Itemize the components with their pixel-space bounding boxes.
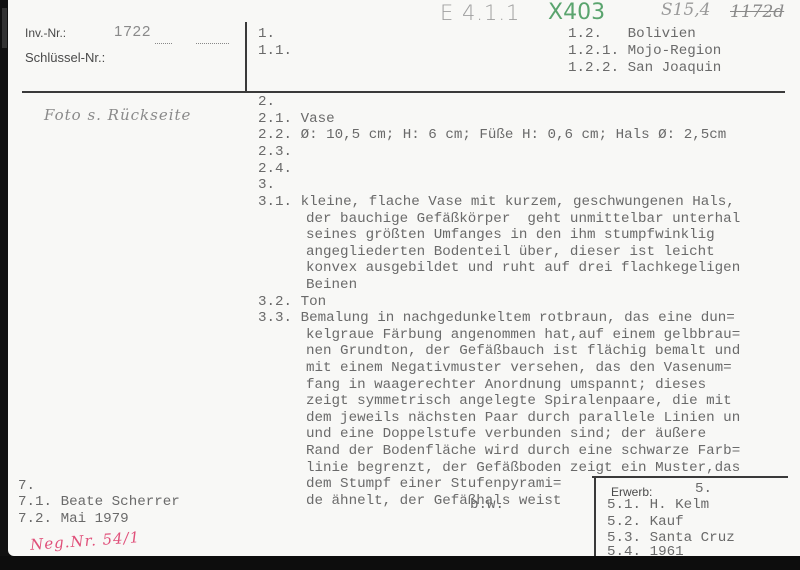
- section-3-line: fang in waagerechter Anordnung umspannt;…: [306, 377, 706, 394]
- field-1-1: 1.1.: [258, 43, 292, 60]
- section-3-line: zeigt symmetrisch angelegte Spiralenpaar…: [306, 393, 732, 410]
- acquisition-box-left: [594, 476, 596, 556]
- header-divider-horizontal: [22, 91, 785, 93]
- section-3-line: seines größten Umfanges in den ihm stump…: [306, 227, 715, 244]
- section-3-line: dem Stumpf einer Stufenpyrami=: [306, 476, 561, 493]
- section-3-line: mit einem Negativmuster versehen, das de…: [306, 360, 732, 377]
- handwritten-code-s154: S15,4: [661, 0, 711, 20]
- section-3-line: 3.1. kleine, flache Vase mit kurzem, ges…: [258, 194, 735, 211]
- acquisition-num: 5.: [695, 481, 712, 498]
- schluessel-nr-label: Schlüssel-Nr.:: [25, 50, 105, 65]
- section-3-line: kelgraue Färbung angenommen hat,auf eine…: [306, 327, 740, 344]
- section-line: 7.1. Beate Scherrer: [18, 494, 180, 511]
- section-3-line: angegliederten Bodenteil über, dieser is…: [306, 244, 715, 261]
- location-line: 1.2. Bolivien: [568, 26, 696, 43]
- section-line: 2.1. Vase: [258, 111, 335, 128]
- field-1: 1.: [258, 26, 275, 43]
- handwritten-code-e411: E 4.1.1: [440, 1, 520, 25]
- section-3-line: nen Grundton, der Gefäßbauch ist flächig…: [306, 343, 740, 360]
- inv-nr-value: 1722: [114, 24, 151, 41]
- header-divider-vertical: [245, 22, 247, 92]
- section-3-line: konvex ausgebildet und ruht auf drei fla…: [306, 260, 740, 277]
- section-line: 2.3.: [258, 144, 292, 161]
- section-3-line: Beinen: [306, 277, 357, 294]
- section-3-line: 3.2. Ton: [258, 294, 326, 311]
- acquisition-line: 5.2. Kauf: [607, 514, 684, 531]
- section-3-line: 3.3. Bemalung in nachgedunkeltem rotbrau…: [258, 310, 735, 327]
- photo-note: Foto s. Rückseite: [44, 106, 191, 124]
- section-line: 7.2. Mai 1979: [18, 511, 129, 528]
- inv-nr-label: Inv.-Nr.:: [25, 26, 66, 40]
- acquisition-box-top: [592, 476, 788, 478]
- section-3-line: linie begrenzt, der Gefäßboden zeigt ein…: [306, 460, 740, 477]
- inv-nr-dotted-line-1: [155, 43, 172, 44]
- location-line: 1.2.2. San Joaquin: [568, 60, 721, 77]
- section-line: 2.2. Ø: 10,5 cm; H: 6 cm; Füße H: 0,6 cm…: [258, 127, 726, 144]
- section-3-line: der bauchige Gefäßkörper geht unmittelba…: [306, 211, 740, 228]
- acquisition-line: 5.1. H. Kelm: [607, 497, 709, 514]
- continued-note: b.w.: [470, 497, 504, 514]
- section-3-line: dem jeweils nächsten Paar durch parallel…: [306, 410, 740, 427]
- section-3-line: und eine Doppelstufe verbunden sind; der…: [306, 426, 706, 443]
- handwritten-code-x403: X403: [548, 0, 605, 25]
- section-line: 7.: [18, 478, 35, 495]
- section-3-line: de ähnelt, der Gefäßhals weist: [306, 493, 561, 510]
- inv-nr-dotted-line-2: [196, 43, 229, 44]
- section-3-line: Rand der Bodenfläche wird durch eine sch…: [306, 443, 740, 460]
- section-line: 2.4.: [258, 161, 292, 178]
- section-3-heading: 3.: [258, 177, 275, 194]
- acquisition-line: 5.4. 1961: [607, 544, 684, 561]
- location-line: 1.2.1. Mojo-Region: [568, 43, 721, 60]
- section-line: 2.: [258, 94, 275, 111]
- handwritten-code-struck: 1172d: [730, 2, 784, 22]
